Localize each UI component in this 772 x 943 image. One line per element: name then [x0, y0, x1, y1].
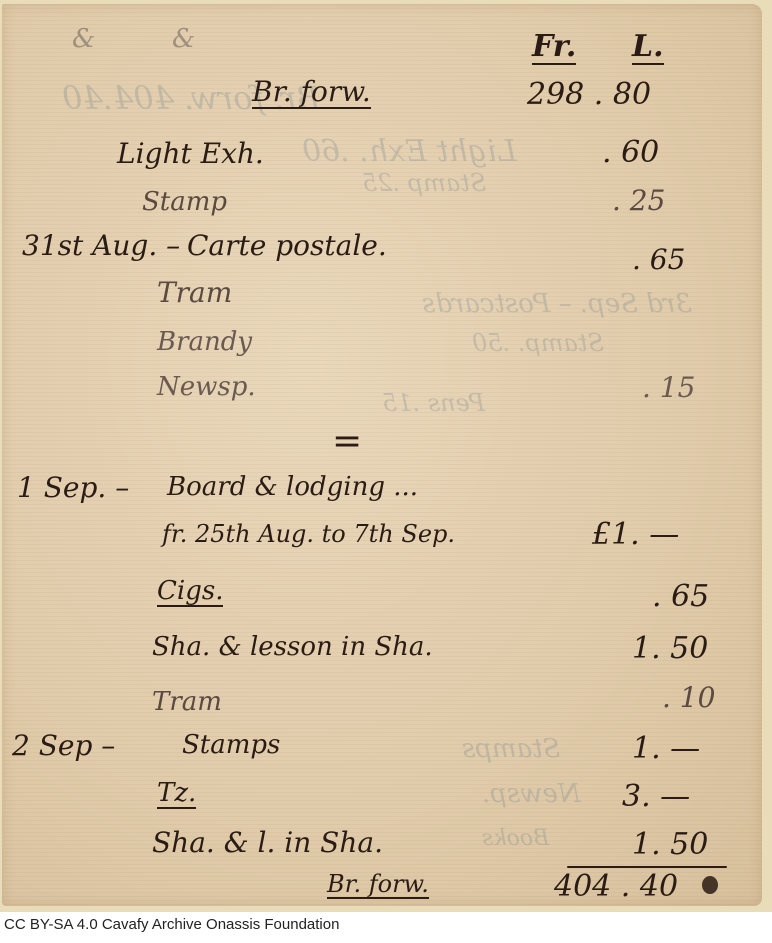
- entry-label: Light Exh.: [117, 140, 264, 168]
- entry-label: Stamps: [182, 732, 280, 758]
- scan-mount: Br. forw. 404.40 Light Exh. .60 Stamp .2…: [0, 0, 772, 912]
- column-header-francs: Fr.: [532, 32, 576, 65]
- entry-label: Tz.: [157, 780, 196, 809]
- entry-amount: . 60: [602, 138, 659, 168]
- entry-label: Sha. & lesson in Sha.: [152, 634, 433, 660]
- entry-amount: . 65: [652, 582, 709, 612]
- faded-header-mark: &: [172, 26, 195, 52]
- faded-header-mark: &: [72, 26, 95, 52]
- entry-amount: . 65: [632, 246, 685, 274]
- column-header-lepta: L.: [632, 32, 664, 65]
- entry-label: fr. 25th Aug. to 7th Sep.: [162, 522, 455, 546]
- entry-label: Tram: [152, 689, 222, 715]
- entry-label: Newsp.: [157, 374, 256, 400]
- entry-label: Board & lodging ...: [167, 474, 418, 500]
- bleed-through-text: Stamps: [462, 734, 560, 764]
- entry-label: Cigs.: [157, 578, 223, 607]
- entry-label: Br. forw.: [252, 78, 371, 109]
- bleed-through-text: Stamp .25: [362, 169, 486, 197]
- entry-amount: 1. —: [632, 734, 700, 764]
- entry-label: Carte postale.: [187, 232, 387, 260]
- entry-amount: 3. —: [622, 782, 690, 812]
- entry-amount: £1. —: [592, 520, 679, 550]
- license-caption: CC BY-SA 4.0 Cavafy Archive Onassis Foun…: [4, 916, 339, 933]
- entry-date: 1 Sep. –: [17, 474, 129, 502]
- entry-label: Sha. & l. in Sha.: [152, 829, 383, 857]
- bleed-through-text: Newsp.: [482, 779, 581, 809]
- entry-amount: . 25: [612, 187, 665, 215]
- entry-label: Br. forw.: [327, 872, 429, 899]
- entry-date: 2 Sep –: [12, 732, 115, 760]
- bleed-through-text: Light Exh. .60: [302, 134, 517, 169]
- entry-amount: 1. 50: [632, 634, 708, 664]
- section-separator: =: [332, 424, 362, 460]
- entry-amount: . 10: [662, 684, 715, 712]
- bleed-through-text: Books: [482, 826, 549, 851]
- bleed-through-text: Stamp. .50: [472, 329, 604, 357]
- bleed-through-text: Pens .15: [382, 389, 485, 417]
- entry-date: 31st Aug. –: [22, 232, 180, 260]
- ink-blot: [702, 876, 718, 894]
- entry-label: Brandy: [157, 329, 252, 355]
- bleed-through-text: 3rd Sep. – Postcards: [422, 289, 692, 319]
- entry-amount: . 15: [642, 374, 695, 402]
- entry-amount: 404 . 40: [554, 872, 678, 902]
- manuscript-page: Br. forw. 404.40 Light Exh. .60 Stamp .2…: [2, 4, 762, 906]
- entry-label: Stamp: [142, 189, 227, 215]
- entry-label: Tram: [157, 279, 232, 307]
- entry-amount: 1. 50: [632, 830, 708, 860]
- entry-amount: 298 . 80: [527, 80, 651, 110]
- total-rule: [567, 866, 727, 868]
